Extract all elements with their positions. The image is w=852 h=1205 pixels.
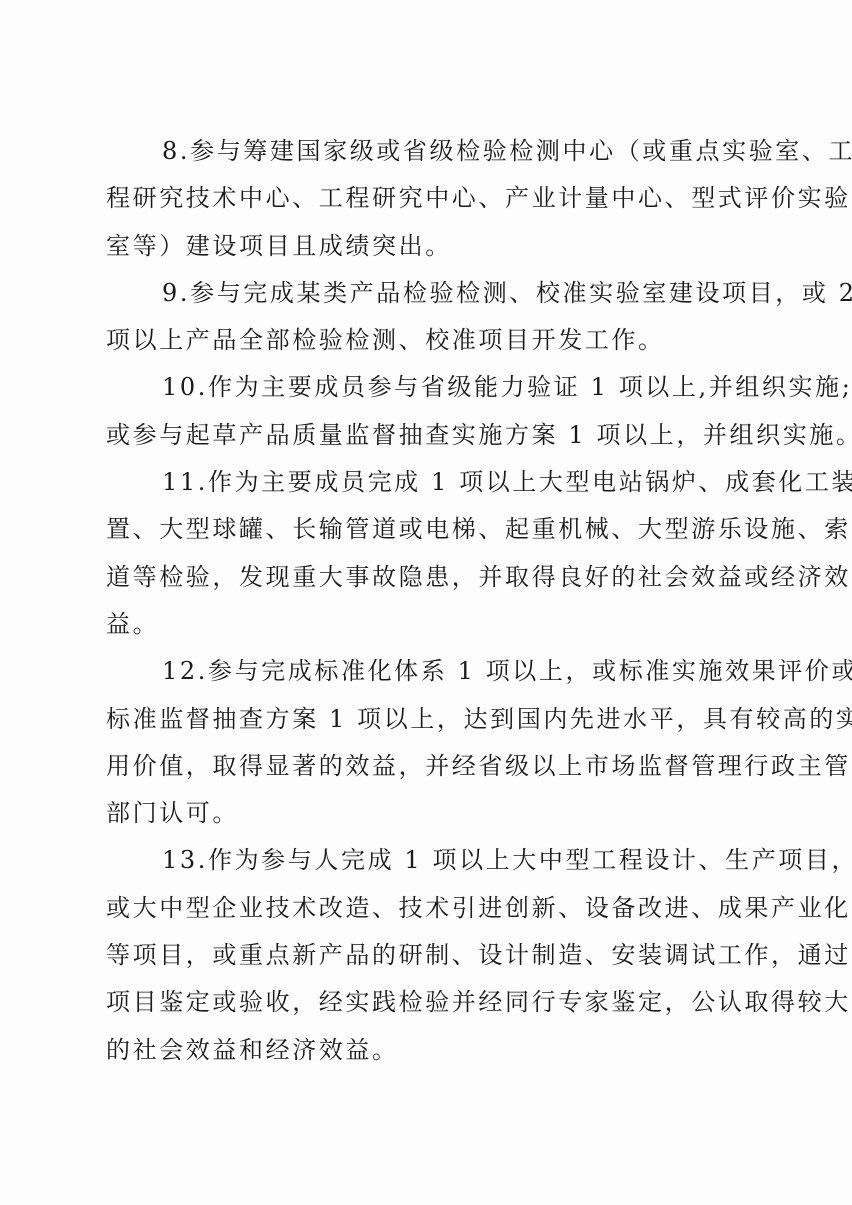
paragraph-line: 标准监督抽查方案 1 项以上，达到国内先进水平，具有较高的实 [106, 696, 758, 743]
paragraph-line: 8.参与筹建国家级或省级检验检测中心（或重点实验室、工 [106, 128, 758, 175]
paragraph-line: 部门认可。 [106, 790, 758, 837]
paragraph-line: 用价值，取得显著的效益，并经省级以上市场监督管理行政主管 [106, 743, 758, 790]
paragraph-item-8: 8.参与筹建国家级或省级检验检测中心（或重点实验室、工 程研究技术中心、工程研究… [106, 128, 758, 270]
paragraph-line: 程研究技术中心、工程研究中心、产业计量中心、型式评价实验 [106, 175, 758, 222]
paragraph-line: 置、大型球罐、长输管道或电梯、起重机械、大型游乐设施、索 [106, 506, 758, 553]
document-body: 8.参与筹建国家级或省级检验检测中心（或重点实验室、工 程研究技术中心、工程研究… [106, 128, 758, 1074]
paragraph-line: 或大中型企业技术改造、技术引进创新、设备改进、成果产业化 [106, 885, 758, 932]
paragraph-line: 项目鉴定或验收，经实践检验并经同行专家鉴定，公认取得较大 [106, 979, 758, 1026]
paragraph-line: 道等检验，发现重大事故隐患，并取得良好的社会效益或经济效 [106, 554, 758, 601]
paragraph-item-9: 9.参与完成某类产品检验检测、校准实验室建设项目，或 2 项以上产品全部检验检测… [106, 270, 758, 365]
paragraph-line: 13.作为参与人完成 1 项以上大中型工程设计、生产项目， [106, 837, 758, 884]
paragraph-line: 的社会效益和经济效益。 [106, 1027, 758, 1074]
paragraph-item-11: 11.作为主要成员完成 1 项以上大型电站锅炉、成套化工装 置、大型球罐、长输管… [106, 459, 758, 648]
paragraph-line: 等项目，或重点新产品的研制、设计制造、安装调试工作，通过 [106, 932, 758, 979]
paragraph-item-13: 13.作为参与人完成 1 项以上大中型工程设计、生产项目， 或大中型企业技术改造… [106, 837, 758, 1073]
paragraph-line: 12.参与完成标准化体系 1 项以上，或标准实施效果评价或 [106, 648, 758, 695]
document-page: 8.参与筹建国家级或省级检验检测中心（或重点实验室、工 程研究技术中心、工程研究… [0, 0, 852, 1205]
paragraph-line: 11.作为主要成员完成 1 项以上大型电站锅炉、成套化工装 [106, 459, 758, 506]
paragraph-line: 室等）建设项目且成绩突出。 [106, 223, 758, 270]
paragraph-line: 益。 [106, 601, 758, 648]
paragraph-line: 或参与起草产品质量监督抽查实施方案 1 项以上，并组织实施。 [106, 412, 758, 459]
paragraph-item-12: 12.参与完成标准化体系 1 项以上，或标准实施效果评价或 标准监督抽查方案 1… [106, 648, 758, 837]
paragraph-line: 10.作为主要成员参与省级能力验证 1 项以上,并组织实施; [106, 364, 758, 411]
paragraph-line: 项以上产品全部检验检测、校准项目开发工作。 [106, 317, 758, 364]
paragraph-item-10: 10.作为主要成员参与省级能力验证 1 项以上,并组织实施; 或参与起草产品质量… [106, 364, 758, 459]
paragraph-line: 9.参与完成某类产品检验检测、校准实验室建设项目，或 2 [106, 270, 758, 317]
